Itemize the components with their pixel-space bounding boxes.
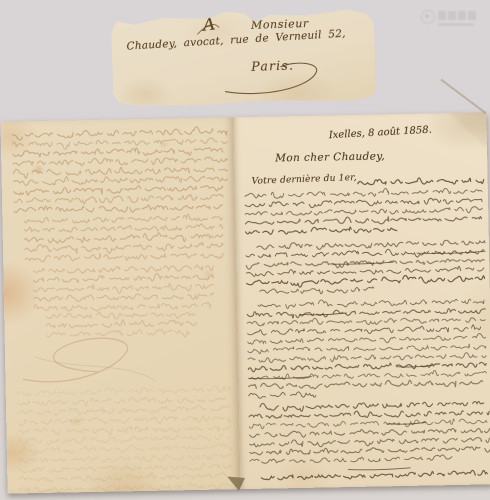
photo-stage: À Monsieur Chaudey, avocat, rue de Verne… bbox=[0, 0, 490, 500]
watermark-glyph bbox=[448, 11, 456, 20]
handwriting-strokes bbox=[0, 112, 490, 493]
watermark-subtext bbox=[438, 23, 474, 26]
auction-watermark bbox=[421, 9, 483, 29]
watermark-glyph bbox=[468, 11, 476, 20]
address-slip: À Monsieur Chaudey, avocat, rue de Verne… bbox=[111, 7, 377, 108]
watermark-glyph bbox=[438, 11, 446, 20]
address-flourish bbox=[111, 7, 377, 108]
letter-salutation: Mon cher Chaudey, bbox=[275, 150, 385, 164]
watermark-logo-icon bbox=[421, 10, 435, 24]
letter: Ixelles, 8 août 1858. Mon cher Chaudey, … bbox=[0, 112, 490, 493]
bottom-fold-corner bbox=[226, 477, 245, 491]
watermark-glyph bbox=[458, 11, 466, 20]
